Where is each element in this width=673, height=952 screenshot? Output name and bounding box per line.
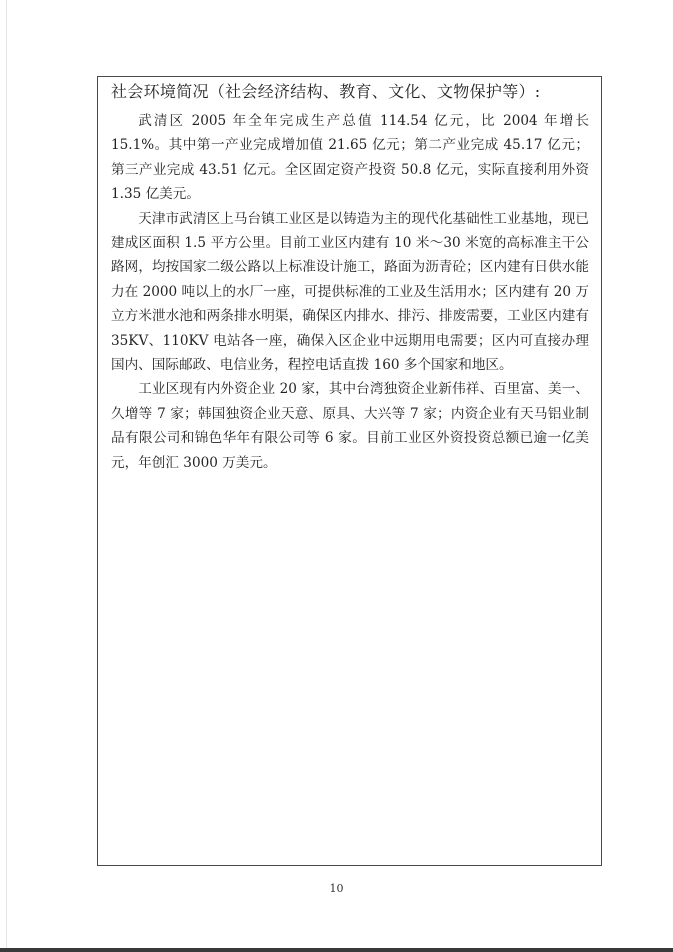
scan-bottom-edge <box>0 948 673 952</box>
section-title: 社会环境简况（社会经济结构、教育、文化、文物保护等）: <box>111 81 541 103</box>
scan-edge-artifact <box>6 0 7 948</box>
paragraph-industrial-zone: 天津市武清区上马台镇工业区是以铸造为主的现代化基础性工业基地，现已建成区面积 1… <box>111 207 589 378</box>
paragraph-enterprises: 工业区现有内外资企业 20 家，其中台湾独资企业新伟祥、百里富、美一、久增等 7… <box>111 377 589 475</box>
paragraph-economy: 武清区 2005 年全年完成生产总值 114.54 亿元，比 2004 年增长 … <box>111 109 589 207</box>
content-frame: 社会环境简况（社会经济结构、教育、文化、文物保护等）: 武清区 2005 年全年… <box>97 76 602 866</box>
page-number: 10 <box>0 882 673 895</box>
body-text: 武清区 2005 年全年完成生产总值 114.54 亿元，比 2004 年增长 … <box>111 109 589 475</box>
